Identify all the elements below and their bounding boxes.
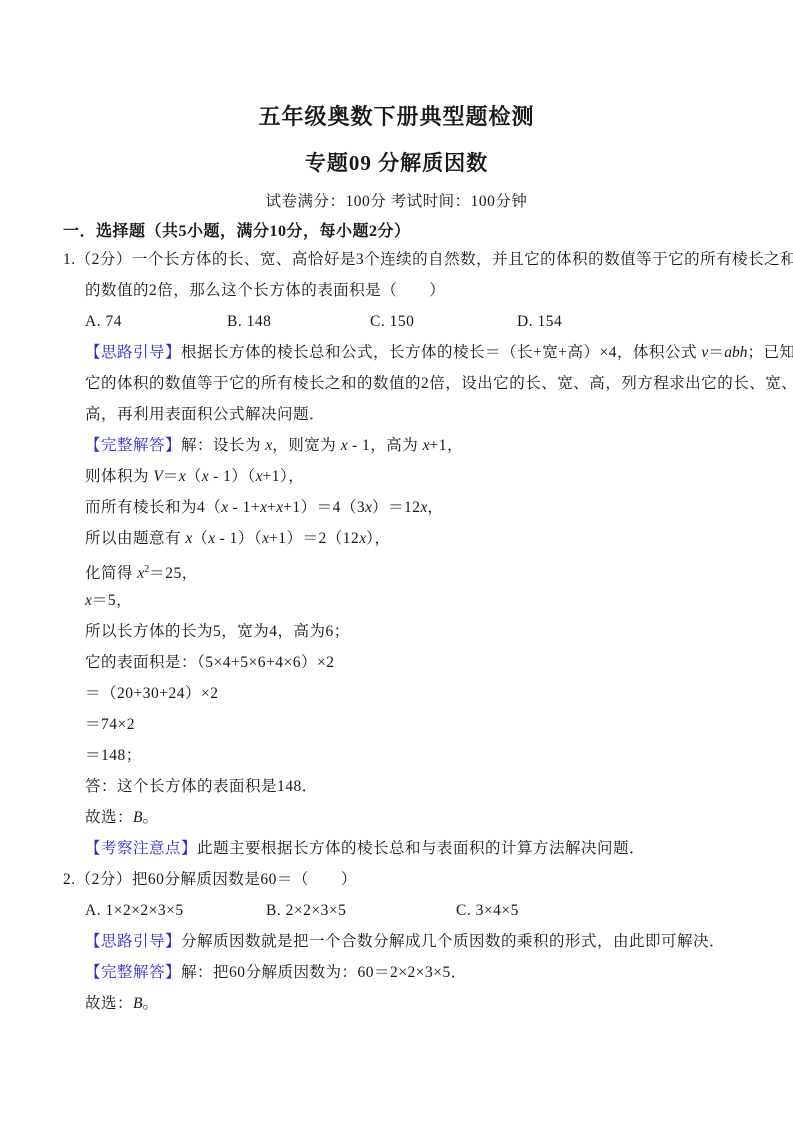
question-1-answer-line-4: 所以由题意有 x（x - 1）（x+1）＝2（12x）， <box>0 523 793 554</box>
question-1-stem-line-1: 1.（2分）一个长方体的长、宽、高恰好是3个连续的自然数，并且它的体积的数值等于… <box>0 244 793 275</box>
question-2-hint-line-1: 【思路引导】分解质因数就是把一个合数分解成几个质因数的乘积的形式，由此即可解决． <box>0 926 793 957</box>
option-item: D. 154 <box>517 306 562 337</box>
math-var: x <box>85 592 92 609</box>
text-run: 所以长方体的长为5，宽为4，高为6； <box>85 623 350 640</box>
text-run: 解：设长为 <box>181 437 265 454</box>
text-run: ＝25， <box>149 565 198 582</box>
label-tag: 【考察注意点】 <box>85 840 197 857</box>
text-run: ＝74×2 <box>85 716 135 733</box>
question-1-answer-line-6: x＝5， <box>0 585 793 616</box>
text-run: ＝ <box>708 344 724 361</box>
text-run: B. 148 <box>227 313 271 330</box>
math-var: x <box>341 437 348 454</box>
text-run: 它的表面积是：（5×4+5×6+4×6）×2 <box>85 654 334 671</box>
label-tag: 【思路引导】 <box>85 344 181 361</box>
text-run: 2.（2分）把60分解质因数是60＝（ ） <box>63 871 357 888</box>
exam-info: 试卷满分：100分 考试时间：100分钟 <box>0 191 793 213</box>
text-run: 化简得 <box>85 565 137 582</box>
question-1-note-line: 【考察注意点】此题主要根据长方体的棱长总和与表面积的计算方法解决问题． <box>0 833 793 864</box>
question-1-answer-line-9: ＝（20+30+24）×2 <box>0 678 793 709</box>
question-1-answer-line-1: 【完整解答】解：设长为 x，则宽为 x - 1，高为 x+1， <box>0 430 793 461</box>
text-run: 解：把60分解质因数为：60＝2×2×3×5． <box>181 964 467 981</box>
text-run: 答：这个长方体的表面积是148． <box>85 778 318 795</box>
text-run: ＝ <box>163 468 179 485</box>
text-run: - 1+ <box>228 499 260 516</box>
question-1-answer-line-11: ＝148； <box>0 740 793 771</box>
document-title: 五年级奥数下册典型题检测 <box>0 103 793 131</box>
question-1-answer-line-3: 而所有棱长和为4（x - 1+x+x+1）＝4（3x）＝12x， <box>0 492 793 523</box>
question-1-hint-line-1: 【思路引导】根据长方体的棱长总和公式，长方体的棱长＝（长+宽+高）×4，体积公式… <box>0 337 793 368</box>
question-1-answer-line-7: 所以长方体的长为5，宽为4，高为6； <box>0 616 793 647</box>
text-run: +1）， <box>262 468 304 485</box>
text-run: 1.（2分）一个长方体的长、宽、高恰好是3个连续的自然数，并且它的体积的数值等于… <box>63 251 793 268</box>
text-run: 故选： <box>85 995 133 1012</box>
option-item: B. 2×2×3×5 <box>266 895 456 926</box>
text-run: +1）＝2（12 <box>269 530 359 547</box>
label-tag: 【思路引导】 <box>85 933 181 950</box>
math-var: x <box>423 437 430 454</box>
math-var: V <box>153 468 162 485</box>
question-1-hint-line-2: 它的体积的数值等于它的所有棱长之和的数值的2倍，设出它的长、宽、高，列方程求出它… <box>0 368 793 399</box>
text-run: 它的体积的数值等于它的所有棱长之和的数值的2倍，设出它的长、宽、高，列方程求出它… <box>85 375 793 392</box>
text-run: 高，再利用表面积公式解决问题． <box>85 406 325 423</box>
option-item: C. 3×4×5 <box>456 895 519 926</box>
text-run: （ <box>186 468 202 485</box>
text-run: ＝148； <box>85 747 142 764</box>
text-run: - 1，高为 <box>348 437 423 454</box>
section-heading: 一．选择题（共5小题，满分10分，每小题2分） <box>0 221 793 243</box>
text-run: ， <box>427 499 443 516</box>
question-1-options-row: A. 74B. 148C. 150D. 154 <box>0 306 793 337</box>
math-var: x <box>260 499 267 516</box>
question-1-answer-line-5: 化简得 x2＝25， <box>0 554 793 585</box>
text-run: D. 154 <box>517 313 562 330</box>
text-run: +1）＝4（3 <box>283 499 365 516</box>
question-1-answer-line-13: 故选：B。 <box>0 802 793 833</box>
text-run: C. 3×4×5 <box>456 902 519 919</box>
text-run: 故选： <box>85 809 133 826</box>
math-var: x <box>202 468 209 485</box>
text-run: 根据长方体的棱长总和公式，长方体的棱长＝（长+宽+高）×4，体积公式 <box>181 344 701 361</box>
option-item: B. 148 <box>227 306 370 337</box>
text-run: 。 <box>142 995 158 1012</box>
text-run: （ <box>192 530 208 547</box>
document-page: 五年级奥数下册典型题检测 专题09 分解质因数 试卷满分：100分 考试时间：1… <box>0 0 793 1122</box>
text-run: 而所有棱长和为4（ <box>85 499 221 516</box>
text-run: 。 <box>142 809 158 826</box>
text-run: 则体积为 <box>85 468 153 485</box>
text-run: ＝5， <box>92 592 132 609</box>
option-item: A. 1×2×2×3×5 <box>85 895 266 926</box>
label-tag: 【完整解答】 <box>85 437 181 454</box>
question-1-stem-line-2: 的数值的2倍，那么这个长方体的表面积是（ ） <box>0 275 793 306</box>
text-run: C. 150 <box>370 313 414 330</box>
question-2-options-row: A. 1×2×2×3×5B. 2×2×3×5C. 3×4×5 <box>0 895 793 926</box>
text-run: 分解质因数就是把一个合数分解成几个质因数的乘积的形式，由此即可解决． <box>181 933 725 950</box>
document-body: 1.（2分）一个长方体的长、宽、高恰好是3个连续的自然数，并且它的体积的数值等于… <box>0 244 793 1019</box>
question-1-answer-line-10: ＝74×2 <box>0 709 793 740</box>
text-run: ）＝12 <box>372 499 421 516</box>
text-run: B. 2×2×3×5 <box>266 902 346 919</box>
option-item: A. 74 <box>85 306 227 337</box>
math-var: x <box>179 468 186 485</box>
question-1-answer-line-2: 则体积为 V＝x（x - 1）（x+1）， <box>0 461 793 492</box>
text-run: A. 74 <box>85 313 122 330</box>
text-run: - 1）（ <box>215 530 262 547</box>
text-run: 所以由题意有 <box>85 530 185 547</box>
math-var: x <box>262 530 269 547</box>
text-run: ）， <box>366 530 390 547</box>
question-1-answer-line-8: 它的表面积是：（5×4+5×6+4×6）×2 <box>0 647 793 678</box>
math-var: x <box>365 499 372 516</box>
question-2-answer-line-2: 故选：B。 <box>0 988 793 1019</box>
question-1-hint-line-3: 高，再利用表面积公式解决问题． <box>0 399 793 430</box>
question-2-stem-line-1: 2.（2分）把60分解质因数是60＝（ ） <box>0 864 793 895</box>
math-var: abh <box>724 344 747 361</box>
text-run: A. 1×2×2×3×5 <box>85 902 184 919</box>
option-item: C. 150 <box>370 306 517 337</box>
text-run: - 1）（ <box>209 468 256 485</box>
label-tag: 【完整解答】 <box>85 964 181 981</box>
question-2-answer-line-1: 【完整解答】解：把60分解质因数为：60＝2×2×3×5． <box>0 957 793 988</box>
document-subtitle: 专题09 分解质因数 <box>0 149 793 177</box>
text-run: +1， <box>430 437 464 454</box>
text-run: 的数值的2倍，那么这个长方体的表面积是（ ） <box>85 282 445 299</box>
text-run: ，则宽为 <box>272 437 340 454</box>
question-1-answer-line-12: 答：这个长方体的表面积是148． <box>0 771 793 802</box>
text-run: + <box>267 499 276 516</box>
text-run: ；已知 <box>748 344 793 361</box>
text-run: ＝（20+30+24）×2 <box>85 685 218 702</box>
text-run: 此题主要根据长方体的棱长总和与表面积的计算方法解决问题． <box>197 840 645 857</box>
